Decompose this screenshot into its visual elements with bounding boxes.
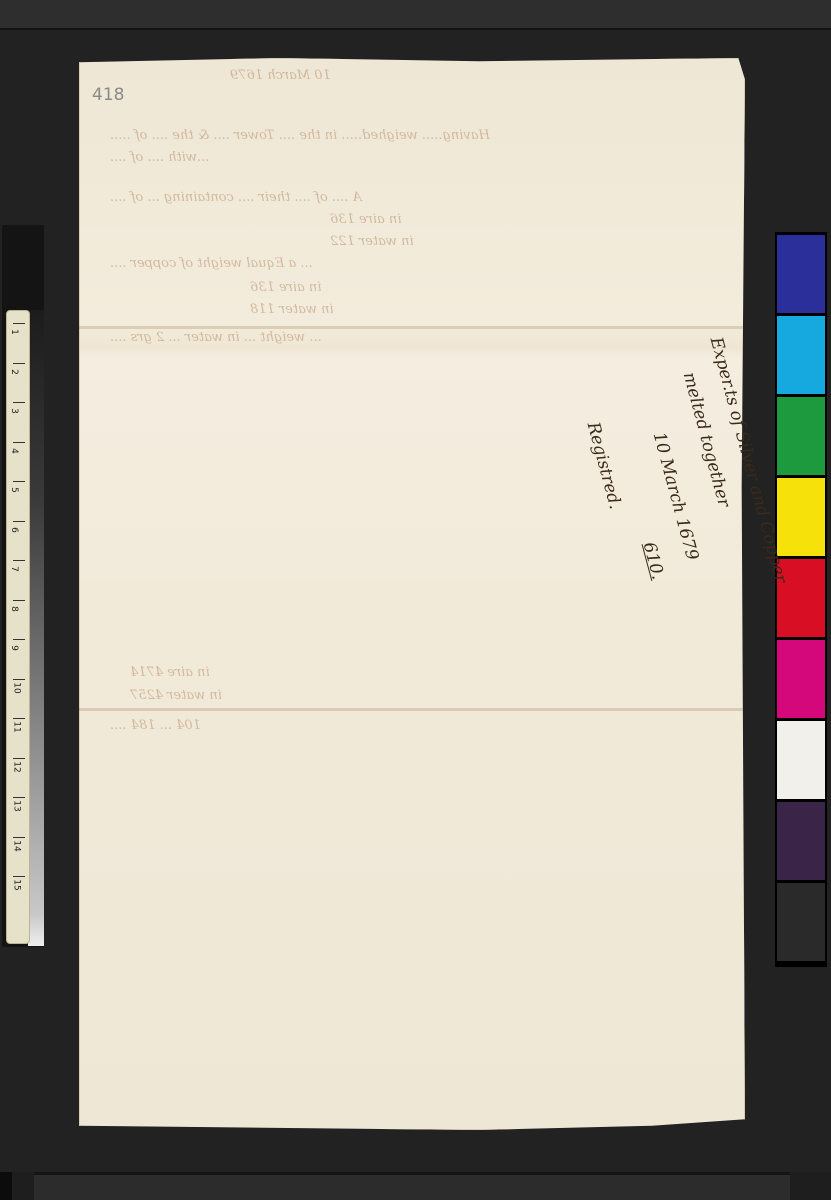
ruler-label: 8: [9, 606, 19, 612]
color-swatch: [777, 721, 825, 799]
ruler-label: 4: [9, 448, 19, 454]
ruler-label: 7: [9, 566, 19, 572]
scan-top-band: [0, 0, 831, 30]
ruler-tick: [13, 442, 25, 443]
bleed-through-line: A .... of .... their .... containing ...…: [110, 190, 362, 205]
ruler-label: 3: [9, 408, 19, 414]
ruler-label: 2: [9, 369, 19, 375]
grayscale-strip: [28, 310, 44, 946]
color-calibration-chart: [775, 232, 827, 967]
bleed-through-line: in water 118: [250, 302, 334, 317]
color-swatch: [777, 397, 825, 475]
ruler-label: 15: [12, 879, 22, 890]
color-swatch: [777, 478, 825, 556]
color-swatch: [777, 640, 825, 718]
manuscript-page: [79, 58, 745, 1130]
ruler-tick: [13, 363, 25, 364]
color-swatch: [777, 883, 825, 961]
bleed-through-line: ... weight ... in water ... 2 grs ....: [110, 330, 322, 345]
bleed-through-line: in aire 4714: [130, 665, 210, 680]
ruler-label: 6: [9, 527, 19, 533]
ruler-label: 12: [12, 761, 22, 772]
color-swatch: [777, 316, 825, 394]
bleed-through-line: in water 122: [330, 234, 414, 249]
ruler-tick: [13, 481, 25, 482]
ruler-label: 14: [12, 840, 22, 851]
paper-fold-line: [79, 708, 745, 711]
ruler-tick: [13, 600, 25, 601]
ruler-label: 5: [9, 487, 19, 493]
ruler-tick: [13, 679, 25, 680]
folio-number: 418: [92, 85, 124, 105]
bleed-through-line: ...with .... of ....: [110, 150, 209, 165]
ruler-tick: [13, 797, 25, 798]
bleed-through-line: in water 4257: [130, 688, 222, 703]
color-swatch: [777, 802, 825, 880]
bleed-through-line: in aire 136: [330, 212, 401, 227]
ruler-tick: [13, 323, 25, 324]
ruler-tick: [13, 521, 25, 522]
bleed-through-line: 104 ... 184 ....: [110, 718, 201, 733]
measurement-ruler: 123456789101112131415: [6, 310, 30, 944]
bleed-through-line: 10 March 1679: [230, 68, 331, 83]
paper-fold-line: [79, 326, 745, 329]
ruler-label: 1: [9, 329, 19, 335]
ruler-label: 10: [12, 682, 22, 693]
ruler-tick: [13, 876, 25, 877]
ruler-tick: [13, 402, 25, 403]
ruler-label: 9: [9, 645, 19, 651]
ruler-tick: [13, 837, 25, 838]
bleed-through-line: Having..... weighed..... in the .... Tow…: [110, 128, 490, 143]
ruler-label: 13: [12, 800, 22, 811]
ruler-tick: [13, 639, 25, 640]
ruler-tick: [13, 560, 25, 561]
ruler-tick: [13, 718, 25, 719]
ruler-label: 11: [12, 721, 22, 732]
ruler-tick: [13, 758, 25, 759]
bleed-through-line: ... a Equal weight of copper ....: [110, 256, 313, 271]
color-swatch: [777, 235, 825, 313]
scan-bottom-band: [34, 1172, 790, 1200]
bleed-through-line: in aire 136: [250, 280, 321, 295]
